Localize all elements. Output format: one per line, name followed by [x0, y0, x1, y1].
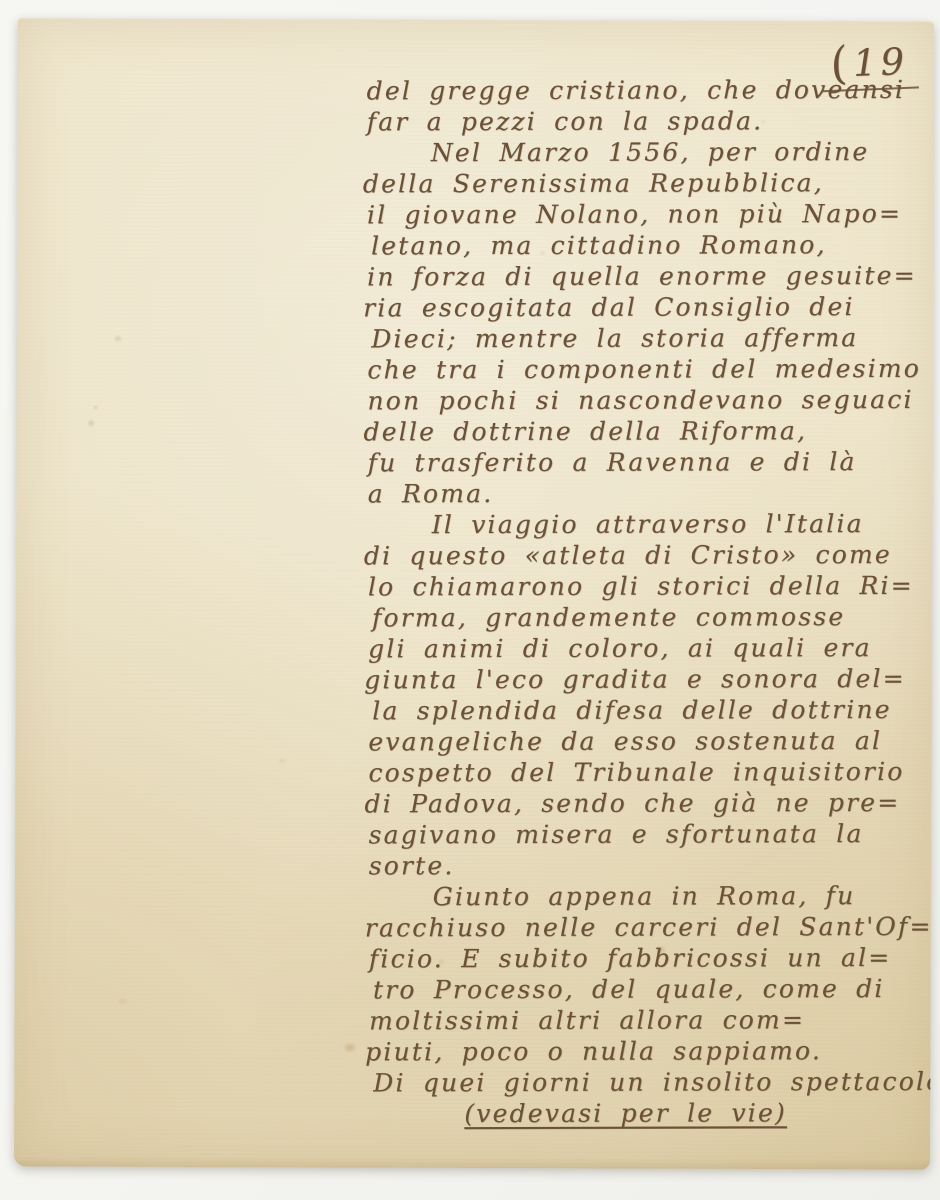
manuscript-line: il giovane Nolano, non più Napo=: [367, 198, 927, 230]
manuscript-line: cospetto del Tribunale inquisitorio: [368, 756, 928, 788]
manuscript-line: sorte.: [369, 849, 929, 881]
manuscript-line: Di quei giorni un insolito spettacolo: [373, 1066, 933, 1098]
manuscript-line: Dieci; mentre la storia afferma: [371, 322, 931, 354]
manuscript-line: in forza di quella enorme gesuite=: [367, 260, 927, 292]
manuscript-line: della Serenissima Repubblica,: [363, 167, 923, 199]
manuscript-line: che tra i componenti del medesimo: [367, 353, 927, 385]
stain: [342, 1042, 357, 1054]
manuscript-line: forma, grandemente commosse: [372, 601, 932, 633]
manuscript-line: tro Processo, del quale, come di: [373, 973, 933, 1005]
manuscript-line: racchiuso nelle carceri del Sant'Of=: [365, 911, 925, 943]
manuscript-line: del gregge cristiano, che doveansi: [367, 74, 927, 106]
stain: [87, 419, 96, 428]
manuscript-line: lo chiamarono gli storici della Ri=: [368, 570, 928, 602]
manuscript-line: evangeliche da esso sostenuta al: [368, 725, 928, 757]
manuscript-line: di Padova, sendo che già ne pre=: [364, 787, 924, 819]
stain: [277, 757, 286, 764]
manuscript-line: non pochi si nascondevano seguaci: [367, 384, 927, 416]
manuscript-line: la splendida difesa delle dottrine: [372, 694, 932, 726]
manuscript-paper: (19 del gregge cristiano, che doveansifa…: [14, 18, 934, 1169]
manuscript-line: a Roma.: [368, 477, 928, 509]
stain: [113, 335, 123, 343]
manuscript-line: far a pezzi con la spada.: [367, 105, 927, 137]
manuscript-line: delle dottrine della Riforma,: [363, 415, 923, 447]
manuscript-line: (vedevasi per le vie): [369, 1097, 929, 1129]
paper-bottom-edge-smudge: [14, 1156, 930, 1169]
manuscript-line: gli animi di coloro, ai quali era: [368, 632, 928, 664]
manuscript-line: ria escogitata dal Consiglio dei: [363, 291, 923, 323]
stain: [117, 997, 129, 1006]
manuscript-line: Nel Marzo 1556, per ordine: [371, 136, 931, 168]
manuscript-line: sagivano misera e sfortunata la: [369, 818, 929, 850]
manuscript-line: piuti, poco o nulla sappiamo.: [365, 1035, 925, 1067]
manuscript-line: giunta l'eco gradita e sonora del=: [364, 663, 924, 695]
manuscript-line: moltissimi altri allora com=: [369, 1004, 929, 1036]
manuscript-line: letano, ma cittadino Romano,: [371, 229, 931, 261]
manuscript-line: Il viaggio attraverso l'Italia: [372, 508, 932, 540]
manuscript-line: ficio. E subito fabbricossi un al=: [369, 942, 929, 974]
stain: [93, 405, 99, 411]
manuscript-text: del gregge cristiano, che doveansifar a …: [367, 74, 930, 1129]
scan-background: { "page": { "number": "19", "flourish": …: [0, 0, 940, 1200]
manuscript-line: Giunto appena in Roma, fu: [373, 880, 933, 912]
manuscript-line: fu trasferito a Ravenna e di là: [368, 446, 928, 478]
manuscript-line: di questo «atleta di Cristo» come: [364, 539, 924, 571]
